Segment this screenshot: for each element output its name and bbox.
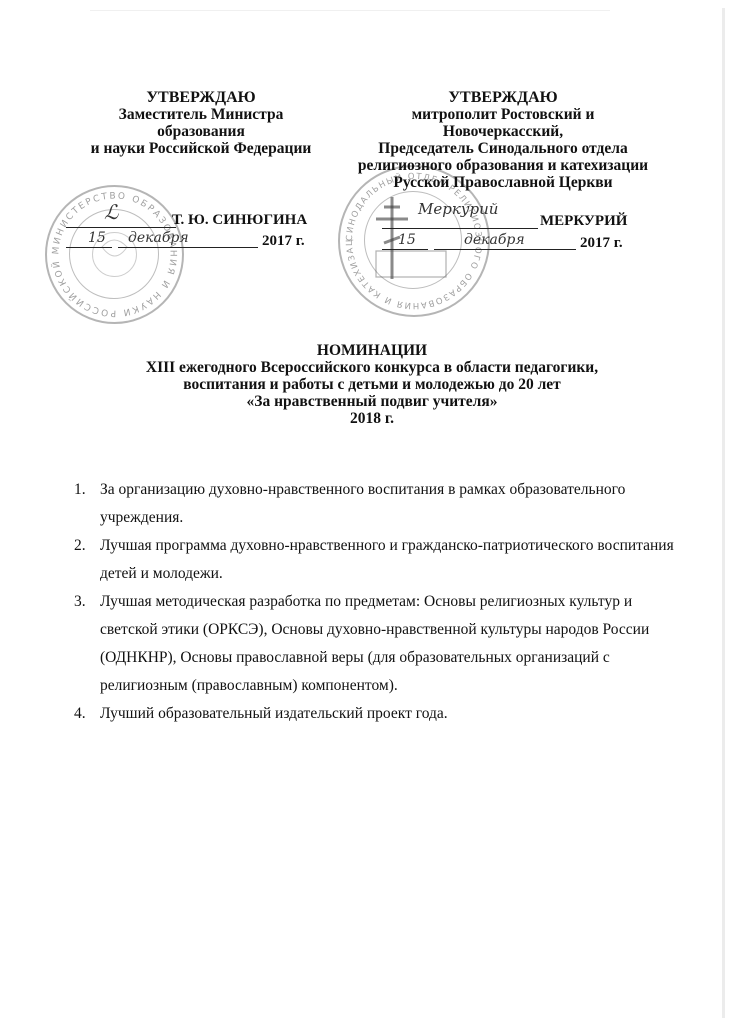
title-year: 2018 г. — [90, 410, 654, 427]
approval-heading-right: УТВЕРЖДАЮ — [338, 89, 668, 106]
date-month-left: декабря — [128, 230, 189, 246]
list-number: 1. — [74, 476, 86, 504]
approval-block-right: УТВЕРЖДАЮ митрополит Ростовский и Новоче… — [338, 89, 668, 191]
signature-left: ℒ — [104, 200, 118, 224]
nominations-list: 1. За организацию духовно-нравственного … — [74, 476, 674, 728]
title-heading: НОМИНАЦИИ — [90, 342, 654, 359]
signature-line-right — [382, 228, 538, 229]
title-line: воспитания и работы с детьми и молодежью… — [90, 376, 654, 393]
approval-line: и науки Российской Федерации — [66, 140, 336, 157]
signatory-left: Т. Ю. СИНЮГИНА — [172, 212, 307, 229]
approval-block-left: УТВЕРЖДАЮ Заместитель Министра образован… — [66, 89, 336, 157]
approval-line: религиозного образования и катехизации — [338, 157, 668, 174]
book-icon — [376, 251, 446, 277]
signatory-right: МЕРКУРИЙ — [540, 213, 627, 230]
list-item: 2. Лучшая программа духовно-нравственног… — [74, 532, 674, 588]
approval-line: Новочеркасский, — [338, 123, 668, 140]
date-line-month-right — [434, 249, 576, 250]
list-text: Лучшая методическая разработка по предме… — [100, 593, 649, 694]
scan-edge-top — [90, 10, 610, 11]
list-text: За организацию духовно-нравственного вос… — [100, 481, 625, 526]
document-title: НОМИНАЦИИ XIII ежегодного Всероссийского… — [90, 342, 654, 427]
signature-right: Меркурий — [418, 200, 498, 218]
title-line: XIII ежегодного Всероссийского конкурса … — [90, 359, 654, 376]
list-number: 4. — [74, 700, 86, 728]
list-item: 3. Лучшая методическая разработка по пре… — [74, 588, 674, 700]
approval-line: образования — [66, 123, 336, 140]
date-month-right: декабря — [464, 232, 525, 248]
approval-line: Русской Православной Церкви — [338, 174, 668, 191]
approval-heading-left: УТВЕРЖДАЮ — [66, 89, 336, 106]
list-number: 2. — [74, 532, 86, 560]
date-line-day-right — [382, 249, 428, 250]
date-day-right: 15 — [398, 232, 416, 248]
approval-line: Заместитель Министра — [66, 106, 336, 123]
signature-line-left — [66, 227, 176, 228]
approval-line: митрополит Ростовский и — [338, 106, 668, 123]
list-number: 3. — [74, 588, 86, 616]
list-text: Лучший образовательный издательский прое… — [100, 705, 448, 722]
date-line-month-left — [118, 247, 258, 248]
date-year-left: 2017 г. — [262, 233, 305, 250]
list-item: 1. За организацию духовно-нравственного … — [74, 476, 674, 532]
list-item: 4. Лучший образовательный издательский п… — [74, 700, 674, 728]
date-line-day-left — [66, 247, 112, 248]
list-text: Лучшая программа духовно-нравственного и… — [100, 537, 674, 582]
scan-edge-right — [722, 8, 725, 1018]
date-year-right: 2017 г. — [580, 235, 623, 252]
date-day-left: 15 — [88, 230, 106, 246]
title-line: «За нравственный подвиг учителя» — [90, 393, 654, 410]
approval-line: Председатель Синодального отдела — [338, 140, 668, 157]
